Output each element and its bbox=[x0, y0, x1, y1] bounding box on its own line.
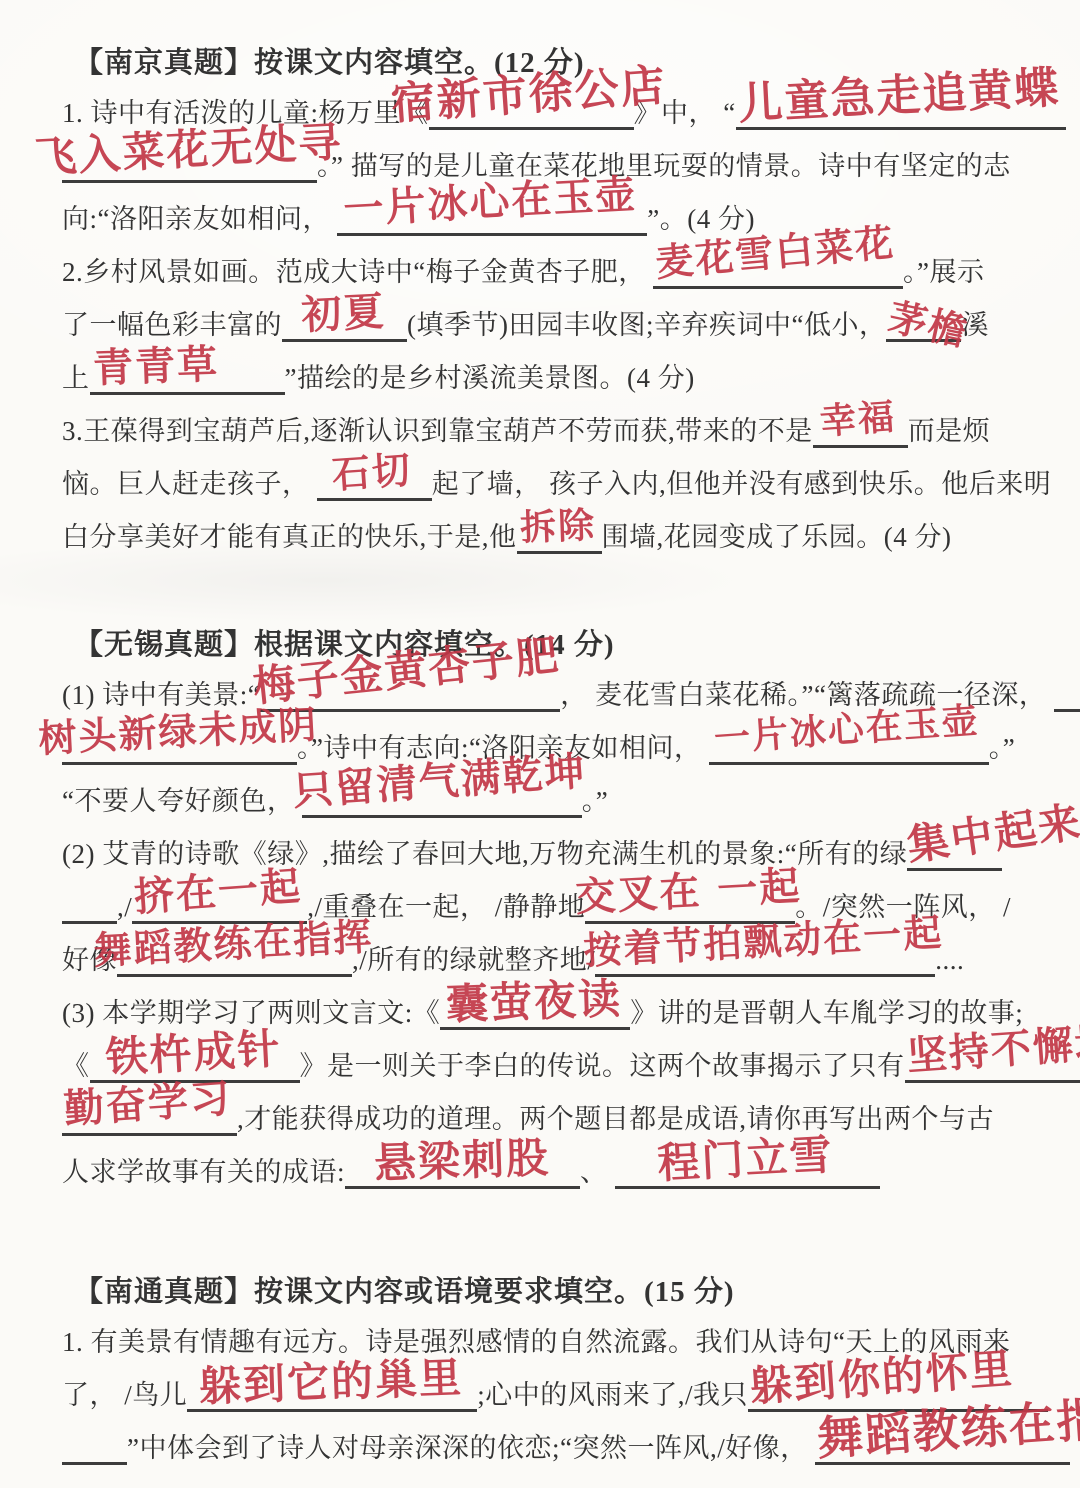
text-line: 向:“洛阳亲友如相问， 一片冰心在玉壶”。(4 分) bbox=[62, 193, 1066, 246]
print-text: “不要人夸好颜色， bbox=[62, 786, 302, 816]
text-line: 白分享美好才能有真正的快乐,于是,他拆除围墙,花园变成了乐园。(4 分) bbox=[62, 511, 1066, 564]
print-text: 。”展示 bbox=[903, 257, 984, 287]
answer-blank: 悬梁刺股 bbox=[345, 1150, 580, 1189]
print-text: 了一幅色彩丰富的 bbox=[62, 310, 282, 340]
answer-blank: 舞蹈教练在指挥 bbox=[815, 1426, 1070, 1465]
answer-blank: 躲到它的巢里 bbox=[187, 1373, 477, 1412]
print-text: 》讲的是晋朝人车胤学习的故事; bbox=[630, 998, 1023, 1028]
worksheet-page: 【南京真题】按课文内容填空。(12 分)1. 诗中有活泼的儿童:杨万里《宿新市徐… bbox=[0, 0, 1080, 1488]
text-line: 勤奋学习,才能获得成功的道理。两个题目都是成语,请你再写出两个与古 bbox=[62, 1093, 1066, 1146]
answer-blank: 儿童急走追黄蝶 bbox=[736, 91, 1066, 130]
text-line: ”中体会到了诗人对母亲深深的依恋;“突然一阵风,/好像， 舞蹈教练在指挥 bbox=[62, 1422, 1066, 1475]
worksheet-sections: 【南京真题】按课文内容填空。(12 分)1. 诗中有活泼的儿童:杨万里《宿新市徐… bbox=[62, 40, 1066, 1475]
print-text: 人求学故事有关的成语: bbox=[62, 1157, 345, 1187]
answer-blank: 程门立雪 bbox=[615, 1150, 880, 1189]
answer-blank: 麦花雪白菜花 bbox=[653, 250, 903, 289]
answer-blank: 舞蹈教练在指挥 bbox=[117, 938, 352, 977]
handwritten-answer: 石切 bbox=[331, 444, 415, 502]
handwritten-answer: 幸福 bbox=[819, 391, 899, 449]
handwritten-answer: 勤奋学习 bbox=[62, 1072, 233, 1137]
answer-blank: 一片冰心在玉壶 bbox=[709, 726, 989, 765]
print-text: ,/ bbox=[117, 892, 132, 922]
text-line: 上青青草”描绘的是乡村溪流美景图。(4 分) bbox=[62, 352, 1066, 405]
print-text: 2.乡村风景如画。范成大诗中“梅子金黄杏子肥， bbox=[62, 257, 653, 287]
answer-blank: 石切 bbox=[317, 462, 432, 501]
text-line: 2.乡村风景如画。范成大诗中“梅子金黄杏子肥， 麦花雪白菜花。”展示 bbox=[62, 246, 1066, 299]
answer-blank: 飞入菜花无处寻 bbox=[62, 144, 317, 183]
print-text: ”中体会到了诗人对母亲深深的依恋;“突然一阵风,/好像， bbox=[127, 1433, 815, 1463]
answer-blank: 树头新绿未成阴 bbox=[62, 726, 297, 765]
print-text: 围墙,花园变成了乐园。(4 分) bbox=[602, 522, 952, 552]
exam-section: 【无锡真题】根据课文内容填空。(14 分)(1) 诗中有美景:“梅子金黄杏子肥，… bbox=[62, 622, 1066, 1199]
print-text: (填季节)田园丰收图;辛弃疾词中“低小， bbox=[407, 310, 886, 340]
print-text: 恼。巨人赶走孩子， bbox=[62, 469, 317, 499]
answer-blank: 拆除 bbox=[517, 515, 602, 554]
answer-blank bbox=[1054, 673, 1080, 712]
print-text: 起了墙， 孩子入内,但他并没有感到快乐。他后来明 bbox=[432, 469, 1052, 499]
answer-blank: 只留清气满乾坤 bbox=[302, 779, 582, 818]
print-text: 》是一则关于李白的传说。这两个故事揭示了只有 bbox=[300, 1051, 905, 1081]
handwritten-answer: 躲到它的巢里 bbox=[198, 1351, 464, 1413]
handwritten-answer: 囊萤夜读 bbox=[445, 972, 623, 1031]
answer-blank: 集中起来 bbox=[907, 832, 1002, 871]
exam-section: 【南通真题】按课文内容或语境要求填空。(15 分)1. 有美景有情趣有远方。诗是… bbox=[62, 1269, 1066, 1475]
handwritten-answer: 青青草 bbox=[92, 339, 220, 396]
exam-section: 【南京真题】按课文内容填空。(12 分)1. 诗中有活泼的儿童:杨万里《宿新市徐… bbox=[62, 40, 1066, 564]
text-line: 人求学故事有关的成语:悬梁刺股、 程门立雪 bbox=[62, 1146, 1066, 1199]
answer-blank: 按着节拍飘动在一起 bbox=[595, 938, 935, 977]
handwritten-answer: 初夏 bbox=[300, 286, 387, 343]
answer-blank: 初夏 bbox=[282, 303, 407, 342]
handwritten-answer: 拆除 bbox=[519, 499, 597, 555]
section-heading: 【无锡真题】根据课文内容填空。(14 分) bbox=[74, 622, 1066, 663]
answer-blank bbox=[62, 885, 117, 924]
answer-blank bbox=[62, 1426, 127, 1465]
print-text: 。” bbox=[989, 733, 1015, 763]
answer-blank: 茅檐 bbox=[886, 303, 961, 342]
print-text: 上 bbox=[62, 363, 90, 393]
answer-blank: 宿新市徐公店 bbox=[429, 91, 634, 130]
answer-blank: 勤奋学习 bbox=[62, 1097, 237, 1136]
print-text: 向:“洛阳亲友如相问， bbox=[62, 204, 337, 234]
print-text: ,/所有的绿就整齐地/ bbox=[352, 945, 595, 975]
print-text: 3.王葆得到宝葫芦后,逐渐认识到靠宝葫芦不劳而获,带来的不是 bbox=[62, 416, 813, 446]
answer-blank: 一片冰心在玉壶 bbox=[337, 197, 647, 236]
text-line: 3.王葆得到宝葫芦后,逐渐认识到靠宝葫芦不劳而获,带来的不是幸福而是烦 bbox=[62, 405, 1066, 458]
print-text: 白分享美好才能有真正的快乐,于是,他 bbox=[62, 522, 517, 552]
print-text: 而是烦 bbox=[908, 416, 991, 446]
handwritten-answer: 程门立雪 bbox=[656, 1128, 835, 1190]
answer-blank: 幸福 bbox=[813, 409, 908, 448]
answer-blank: 囊萤夜读 bbox=[440, 991, 630, 1030]
section-heading: 【南通真题】按课文内容或语境要求填空。(15 分) bbox=[74, 1269, 1066, 1310]
print-text: ”描绘的是乡村溪流美景图。(4 分) bbox=[285, 363, 695, 393]
print-text: 。” 描写的是儿童在菜花地里玩耍的情景。诗中有坚定的志 bbox=[317, 151, 1011, 181]
print-text: ;心中的风雨来了,/我只 bbox=[477, 1380, 748, 1410]
print-text: 《 bbox=[62, 1051, 90, 1081]
handwritten-answer: 悬梁刺股 bbox=[373, 1131, 551, 1190]
answer-blank: 坚持不懈地 bbox=[905, 1044, 1080, 1083]
print-text: 了， /鸟儿 bbox=[62, 1380, 187, 1410]
print-text: 、 bbox=[580, 1157, 615, 1187]
answer-blank: 青青草 bbox=[90, 356, 285, 395]
handwritten-answer: 茅檐 bbox=[884, 291, 973, 359]
print-text: ,才能获得成功的道理。两个题目都是成语,请你再写出两个与古 bbox=[237, 1104, 994, 1134]
